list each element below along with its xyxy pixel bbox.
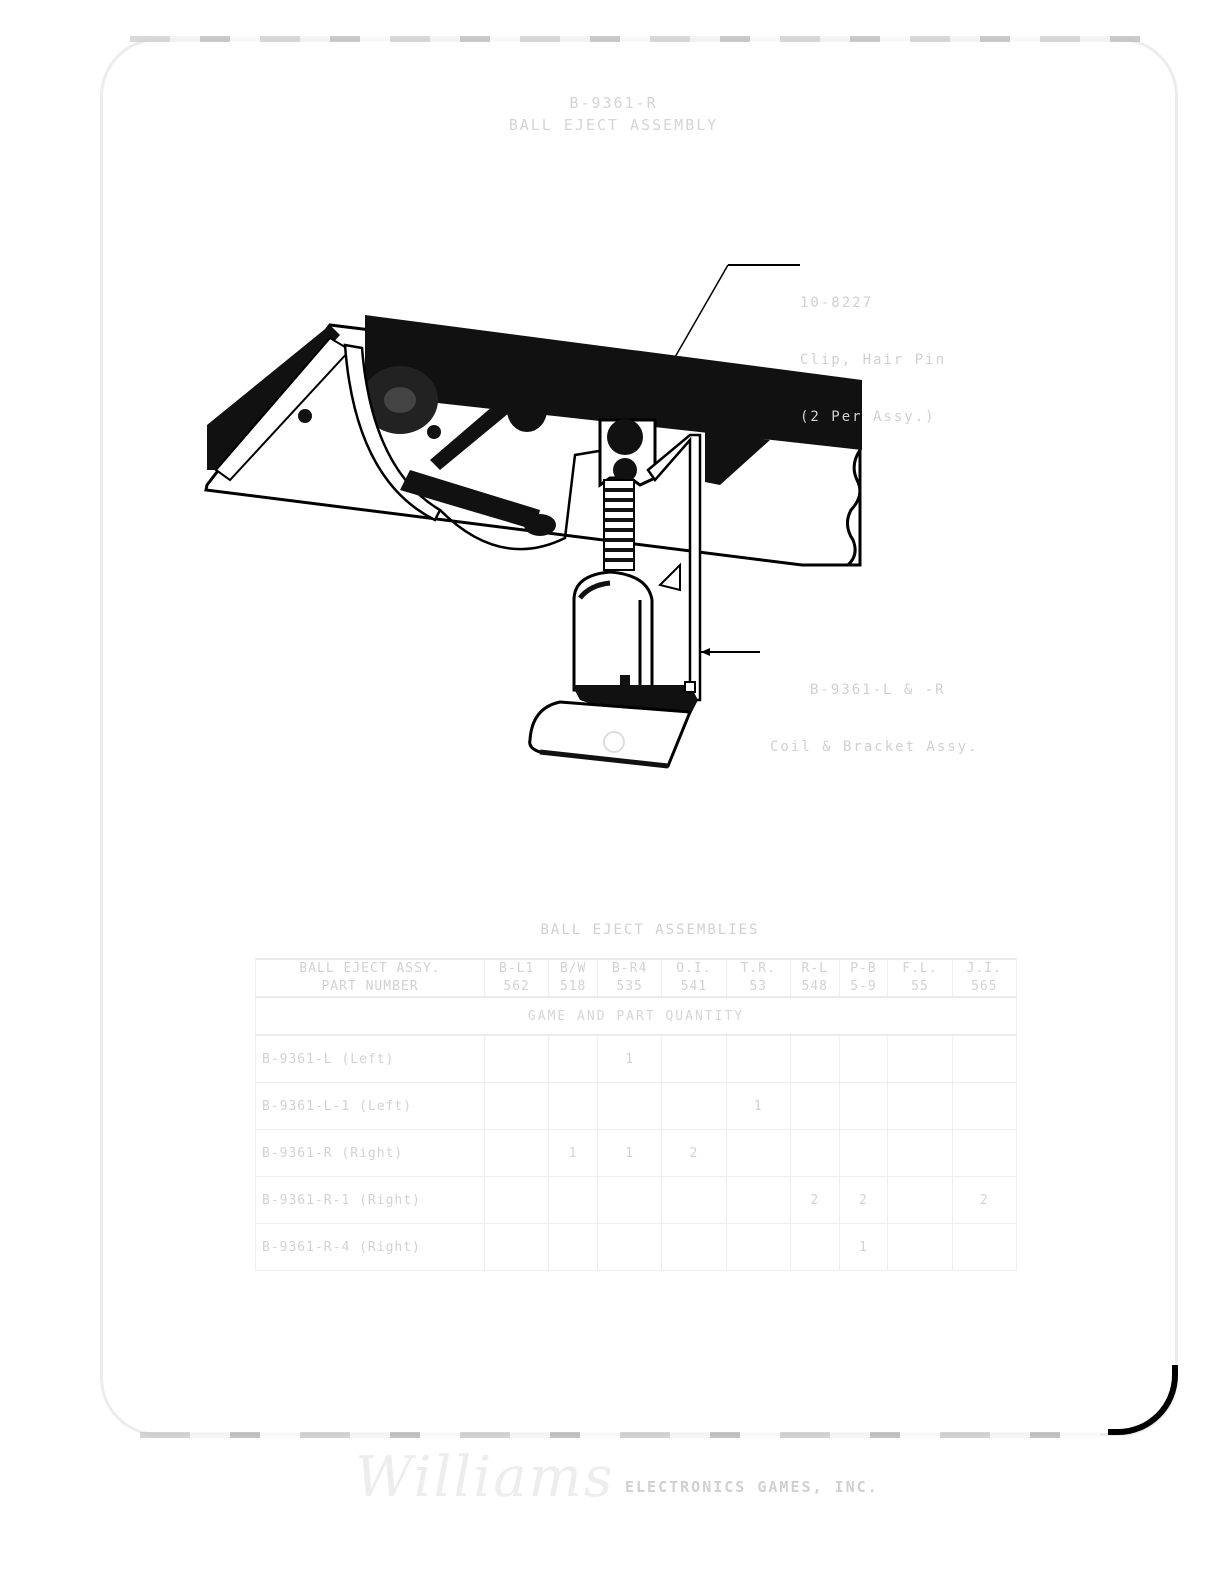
column-game-code: R-L [791, 960, 839, 978]
quantity-cell: 2 [790, 1177, 839, 1224]
quantity-cell [597, 1083, 661, 1130]
column-game-number: 562 [485, 978, 548, 996]
column-game-number: 518 [549, 978, 597, 996]
column-game-number: 548 [791, 978, 839, 996]
assembly-part-number: B-9361-L-1 (Left) [256, 1083, 485, 1130]
callout-description: Clip, Hair Pin [800, 351, 946, 370]
ball-eject-drawing [0, 0, 1227, 1586]
column-game-code: O.I. [662, 960, 725, 978]
quantity-cell [888, 1035, 952, 1083]
column-game-number: 565 [953, 978, 1016, 996]
quantity-cell [726, 1224, 790, 1271]
quantity-cell [662, 1177, 726, 1224]
column-game-number: 535 [598, 978, 661, 996]
column-game-number: 5-9 [840, 978, 888, 996]
quantity-cell [790, 1224, 839, 1271]
column-game-code: B/W [549, 960, 597, 978]
ball-eject-assemblies-table: BALL EJECT ASSY. PART NUMBER B-L1562 B/W… [255, 958, 1017, 1271]
header-game-column: P-B5-9 [839, 959, 888, 997]
table-header-row: BALL EJECT ASSY. PART NUMBER B-L1562 B/W… [256, 959, 1017, 997]
quantity-cell [662, 1083, 726, 1130]
quantity-cell [485, 1224, 549, 1271]
quantity-cell: 1 [726, 1083, 790, 1130]
quantity-cell [839, 1035, 888, 1083]
column-game-number: 53 [727, 978, 790, 996]
header-game-column: R-L548 [790, 959, 839, 997]
quantity-cell [952, 1083, 1016, 1130]
quantity-cell [549, 1224, 598, 1271]
quantity-cell: 2 [839, 1177, 888, 1224]
quantity-cell [888, 1177, 952, 1224]
quantity-cell [839, 1083, 888, 1130]
assembly-part-number: B-9361-L (Left) [256, 1035, 485, 1083]
header-game-column: B-L1562 [485, 959, 549, 997]
assembly-part-number: B-9361-R-1 (Right) [256, 1177, 485, 1224]
column-game-code: F.L. [888, 960, 951, 978]
table-row: B-9361-R-4 (Right)1 [256, 1224, 1017, 1271]
quantity-cell [485, 1035, 549, 1083]
game-part-quantity-band: GAME AND PART QUANTITY [256, 997, 1017, 1035]
quantity-cell: 1 [549, 1130, 598, 1177]
table-row: B-9361-R (Right)112 [256, 1130, 1017, 1177]
quantity-cell [726, 1177, 790, 1224]
callout-quantity: (2 Per Assy.) [800, 408, 946, 427]
quantity-cell [597, 1224, 661, 1271]
quantity-cell [952, 1224, 1016, 1271]
header-game-column: B-R4535 [597, 959, 661, 997]
quantity-cell [726, 1035, 790, 1083]
quantity-cell [549, 1035, 598, 1083]
callout-part-number: 10-8227 [800, 294, 946, 313]
callout-description: Coil & Bracket Assy. [770, 738, 979, 757]
header-part-number: BALL EJECT ASSY. PART NUMBER [256, 959, 485, 997]
table-row: B-9361-R-1 (Right)222 [256, 1177, 1017, 1224]
table-row: B-9361-L-1 (Left)1 [256, 1083, 1017, 1130]
header-label-line2: PART NUMBER [256, 978, 484, 996]
column-game-number: 55 [888, 978, 951, 996]
williams-logo: Williams [355, 1445, 614, 1510]
header-game-column: J.I.565 [952, 959, 1016, 997]
header-game-column: F.L.55 [888, 959, 952, 997]
quantity-cell [485, 1177, 549, 1224]
quantity-cell: 1 [597, 1035, 661, 1083]
column-game-code: B-L1 [485, 960, 548, 978]
column-game-number: 541 [662, 978, 725, 996]
column-game-code: T.R. [727, 960, 790, 978]
quantity-cell [726, 1130, 790, 1177]
quantity-cell [597, 1177, 661, 1224]
table-title: BALL EJECT ASSEMBLIES [0, 922, 1227, 938]
quantity-cell: 2 [952, 1177, 1016, 1224]
quantity-cell [888, 1083, 952, 1130]
callout-coil-bracket: B-9361-L & -R Coil & Bracket Assy. [770, 643, 979, 776]
header-game-column: B/W518 [549, 959, 598, 997]
quantity-cell [790, 1035, 839, 1083]
quantity-cell [888, 1224, 952, 1271]
quantity-cell [952, 1035, 1016, 1083]
quantity-cell [485, 1083, 549, 1130]
quantity-cell: 1 [839, 1224, 888, 1271]
quantity-cell [790, 1083, 839, 1130]
column-game-code: P-B [840, 960, 888, 978]
quantity-cell [485, 1130, 549, 1177]
quantity-cell: 1 [597, 1130, 661, 1177]
quantity-cell [662, 1224, 726, 1271]
assembly-part-number: B-9361-R (Right) [256, 1130, 485, 1177]
column-game-code: B-R4 [598, 960, 661, 978]
table-row: B-9361-L (Left)1 [256, 1035, 1017, 1083]
callout-part-number: B-9361-L & -R [770, 681, 979, 700]
quantity-cell [839, 1130, 888, 1177]
quantity-cell [952, 1130, 1016, 1177]
company-name: ELECTRONICS GAMES, INC. [625, 1478, 879, 1496]
quantity-cell [549, 1177, 598, 1224]
header-label-line1: BALL EJECT ASSY. [256, 960, 484, 978]
quantity-cell [662, 1035, 726, 1083]
quantity-cell [549, 1083, 598, 1130]
header-game-column: T.R.53 [726, 959, 790, 997]
column-game-code: J.I. [953, 960, 1016, 978]
quantity-cell [790, 1130, 839, 1177]
assembly-part-number: B-9361-R-4 (Right) [256, 1224, 485, 1271]
callout-hair-pin-clip: 10-8227 Clip, Hair Pin (2 Per Assy.) [800, 256, 946, 446]
quantity-cell [888, 1130, 952, 1177]
table-band-row: GAME AND PART QUANTITY [256, 997, 1017, 1035]
header-game-column: O.I.541 [662, 959, 726, 997]
quantity-cell: 2 [662, 1130, 726, 1177]
